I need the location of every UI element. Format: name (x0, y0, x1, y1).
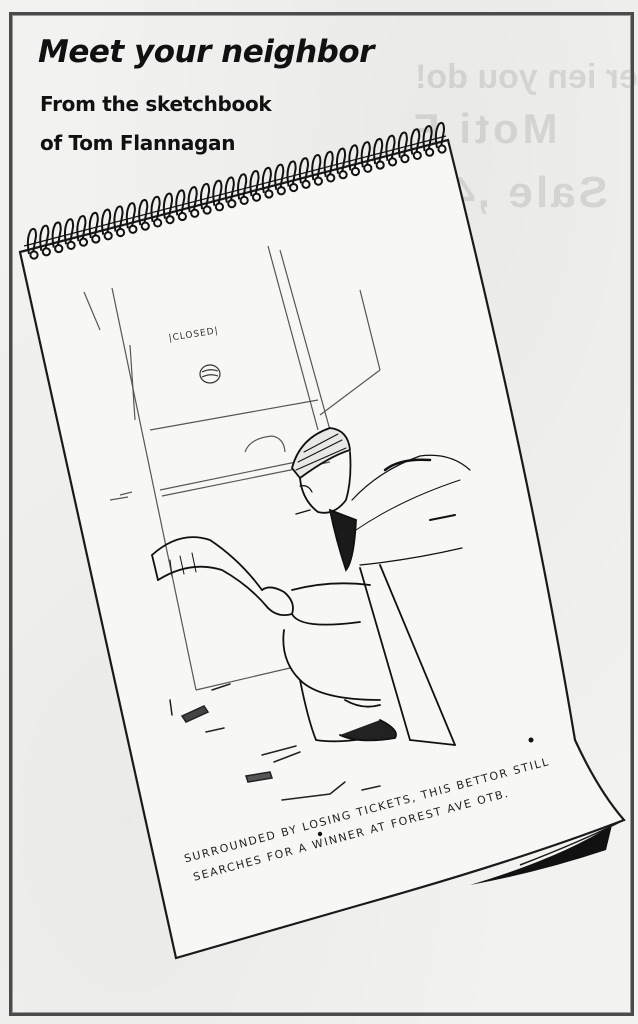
sketchbook-illustration (0, 0, 638, 1024)
